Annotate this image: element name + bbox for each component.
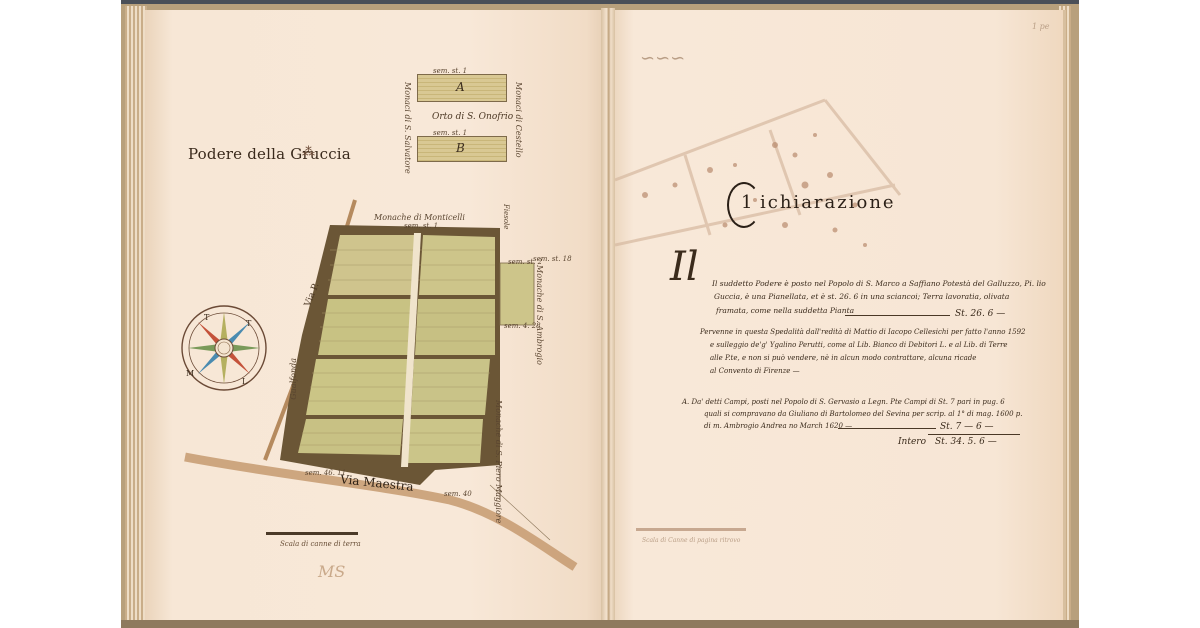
paragraph-2-line-1: Pervenne in questa Spedalità dall'redità… bbox=[700, 328, 1026, 336]
top-boundary-label: Monache di Monticelli bbox=[374, 213, 465, 222]
right-lower-note: sem. 4. 28 bbox=[504, 322, 541, 330]
paragraph-3-line-1: A. Da' detti Campi, posti nel Popolo di … bbox=[682, 398, 1005, 406]
inset-plot-b-note: sem. st. 1 bbox=[433, 129, 467, 137]
paragraph-3-line-3: di m. Ambrogio Andrea no March 1620 — bbox=[704, 422, 852, 430]
bottom-note-2: sem. 40 bbox=[444, 490, 472, 498]
top-right-label: Fiesole bbox=[502, 204, 510, 229]
paragraph-1-rule bbox=[845, 315, 950, 316]
paragraph-1-line-1: Il suddetto Podere è posto nel Popolo di… bbox=[712, 279, 1046, 288]
right-upper-note-2: sem. st. 18 bbox=[533, 255, 572, 263]
paragraph-2-line-3: alle P.te, e non si può vendere, nè in a… bbox=[710, 354, 976, 362]
total-amount: St. 34. 5. 6 — bbox=[935, 437, 997, 447]
right-upper-boundary: Monache di S. Ambrogio bbox=[535, 265, 544, 365]
inset-plot-b-letter: B bbox=[456, 141, 465, 155]
faint-mirrored-map bbox=[615, 85, 915, 285]
left-page-stack bbox=[125, 6, 147, 622]
faint-bleedthrough-note: Scala di Canne di pagina ritrovo bbox=[642, 537, 740, 544]
paragraph-3-rule bbox=[838, 428, 936, 429]
estate-plan-map bbox=[180, 195, 580, 575]
scale-label: Scala di canne di terra bbox=[280, 540, 361, 548]
faint-scroll-ornament: ∽∽∽ bbox=[640, 48, 685, 69]
book-bottom-edge bbox=[121, 620, 1079, 628]
inset-right-boundary: Monaci di Cestello bbox=[514, 82, 523, 158]
inset-plot-a-letter: A bbox=[456, 80, 465, 94]
book-gutter bbox=[601, 8, 615, 624]
paragraph-1-amount: St. 26. 6 — bbox=[955, 309, 1005, 319]
right-lower-boundary: Monache di S. Piero Maggiore bbox=[494, 400, 503, 523]
total-rule bbox=[928, 434, 1020, 435]
paragraph-2-line-4: al Convento di Firenze — bbox=[710, 367, 800, 375]
faint-corner-note: 1 pe bbox=[1032, 22, 1050, 31]
paragraph-2-line-2: e sulleggio de'g' Ygalino Perutti, come … bbox=[710, 341, 1008, 349]
paragraph-3-line-2: quali si compravano da Giuliano di Barto… bbox=[704, 410, 1023, 418]
faint-bleedthrough-scale bbox=[636, 528, 746, 531]
paragraph-1-line-2: Guccia, è una Pianellata, et è st. 26. 6… bbox=[714, 292, 1009, 301]
top-boundary-note: sem. st. 1 bbox=[404, 222, 438, 230]
total-label: Intero bbox=[898, 437, 926, 447]
monogram-mark: MS bbox=[318, 562, 345, 581]
heading-text: ichiarazione bbox=[760, 192, 896, 213]
scale-bar bbox=[266, 532, 358, 535]
map-title: Podere della Gruccia bbox=[188, 145, 351, 163]
inset-plot-a-note: sem. st. 1 bbox=[433, 67, 467, 75]
heading-number: 1 bbox=[741, 192, 752, 213]
paragraph-1-initial: Il bbox=[670, 244, 699, 290]
page-heading: ichiarazione bbox=[760, 192, 896, 213]
paragraph-3-amount: St. 7 — 6 — bbox=[940, 422, 994, 432]
title-ornament-icon: ⁂ bbox=[302, 145, 315, 160]
left-road-vertical-label: Gualfonda bbox=[289, 358, 298, 400]
inset-plan-label: Orto di S. Onofrio bbox=[432, 112, 513, 122]
inset-left-boundary: Monaci di S. Salvatore bbox=[403, 82, 412, 174]
paragraph-1-line-3: framata, come nella suddetta Pianta bbox=[716, 306, 854, 315]
